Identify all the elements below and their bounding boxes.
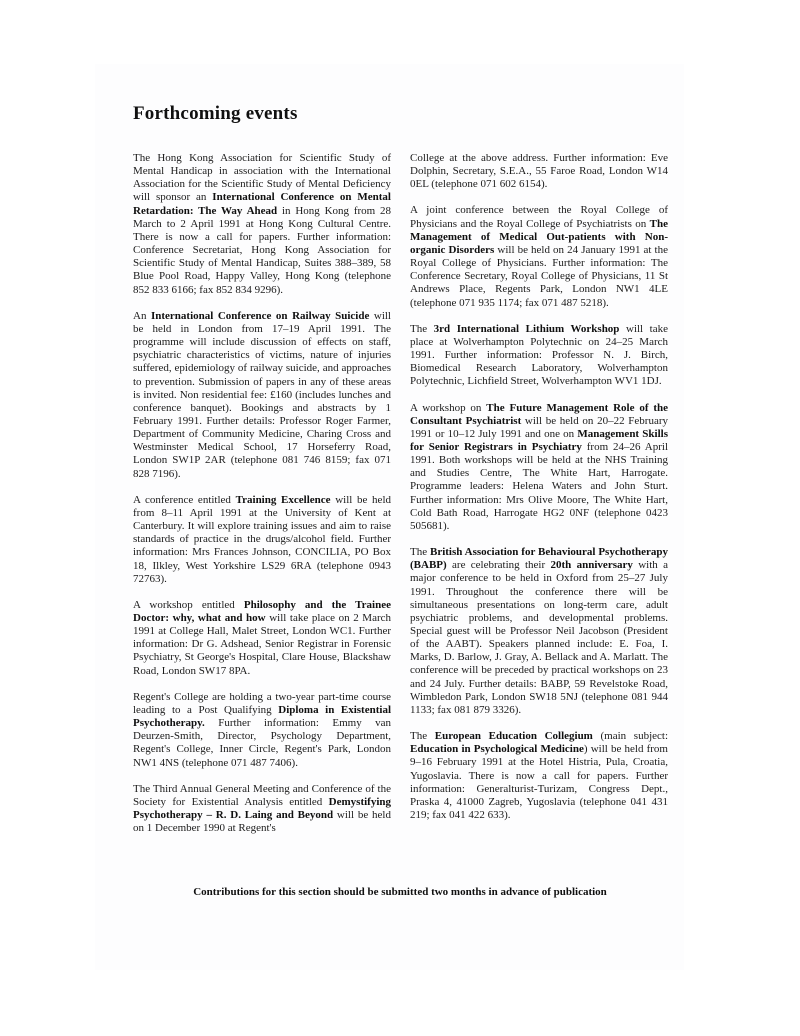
event-paragraph: A workshop on The Future Management Role… <box>410 402 668 534</box>
event-title-bold: Education in Psychological Medicine <box>410 743 584 755</box>
event-paragraph: College at the above address. Further in… <box>410 152 668 191</box>
event-paragraph: A joint conference between the Royal Col… <box>410 204 668 309</box>
event-text: A conference entitled <box>133 494 236 506</box>
event-text: will be held in London from 17–19 April … <box>133 310 391 480</box>
event-title-bold: Training Excellence <box>236 494 331 506</box>
event-text: An <box>133 310 151 322</box>
event-paragraph: The European Education Collegium (main s… <box>410 730 668 822</box>
page-title: Forthcoming events <box>133 103 298 125</box>
event-paragraph: A conference entitled Training Excellenc… <box>133 494 391 586</box>
event-text: in Hong Kong from 28 March to 2 April 19… <box>133 205 391 296</box>
event-title-bold: European Education Collegium <box>435 730 593 742</box>
event-paragraph: The British Association for Behavioural … <box>410 546 668 717</box>
content-columns: The Hong Kong Association for Scientific… <box>133 152 669 848</box>
event-text: are celebrating their <box>447 559 551 571</box>
event-text: A joint conference between the Royal Col… <box>410 204 668 229</box>
event-paragraph: An International Conference on Railway S… <box>133 310 391 481</box>
event-text: A workshop on <box>410 402 486 414</box>
event-title-bold: 20th anniversary <box>551 559 633 571</box>
event-text: with a major conference to be held in Ox… <box>410 559 668 716</box>
event-paragraph: The 3rd International Lithium Workshop w… <box>410 323 668 389</box>
event-paragraph: The Third Annual General Meeting and Con… <box>133 783 391 836</box>
event-title-bold: 3rd International Lithium Workshop <box>434 323 620 335</box>
event-text: (main subject: <box>593 730 668 742</box>
event-text: will be held from 8–11 April 1991 at the… <box>133 494 391 585</box>
event-text: A workshop entitled <box>133 599 244 611</box>
left-column: The Hong Kong Association for Scientific… <box>133 152 391 848</box>
event-title-bold: International Conference on Railway Suic… <box>151 310 369 322</box>
event-text: The <box>410 546 430 558</box>
right-column: College at the above address. Further in… <box>410 152 668 848</box>
event-text: College at the above address. Further in… <box>410 152 668 190</box>
journal-page: Forthcoming events The Hong Kong Associa… <box>0 0 800 1036</box>
event-text: from 24–26 April 1991. Both workshops wi… <box>410 441 668 532</box>
event-text: The <box>410 323 434 335</box>
footer-note: Contributions for this section should be… <box>0 886 800 898</box>
event-paragraph: The Hong Kong Association for Scientific… <box>133 152 391 297</box>
event-paragraph: A workshop entitled Philosophy and the T… <box>133 599 391 678</box>
event-paragraph: Regent's College are holding a two-year … <box>133 691 391 770</box>
event-text: The <box>410 730 435 742</box>
